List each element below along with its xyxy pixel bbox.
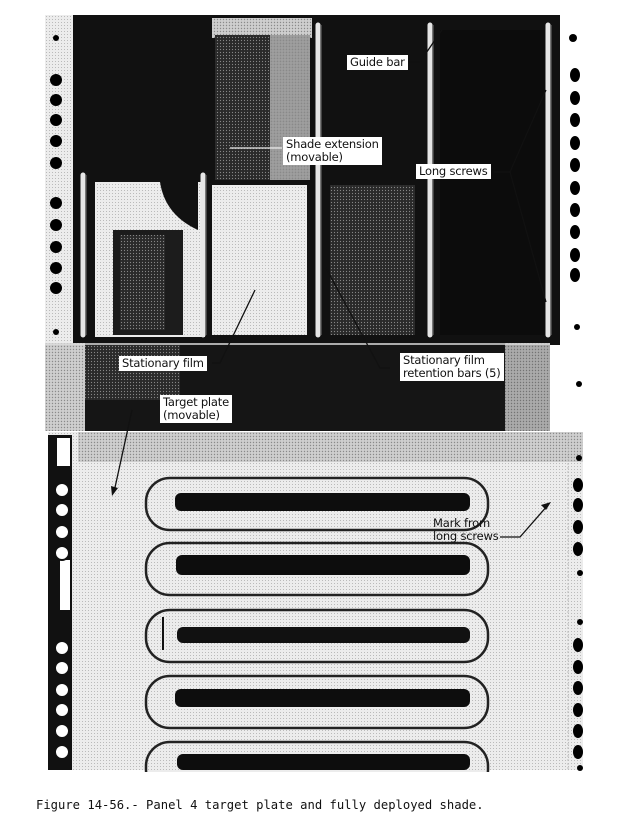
callout-retention-bars: Stationary film retention bars (5) <box>400 353 504 381</box>
callout-shade-extension: Shade extension (movable) <box>283 137 382 165</box>
document-page: Guide bar Shade extension (movable) Long… <box>0 0 617 835</box>
callout-long-screws: Long screws <box>416 164 491 179</box>
callout-target-plate: Target plate (movable) <box>160 395 232 423</box>
callout-stationary-film: Stationary film <box>119 356 207 371</box>
callout-mark-from-long-screws: Mark from long screws <box>430 516 502 544</box>
figure-caption: Figure 14-56.- Panel 4 target plate and … <box>36 798 596 812</box>
figure-photograph <box>0 0 617 835</box>
callout-guide-bar: Guide bar <box>347 55 408 70</box>
